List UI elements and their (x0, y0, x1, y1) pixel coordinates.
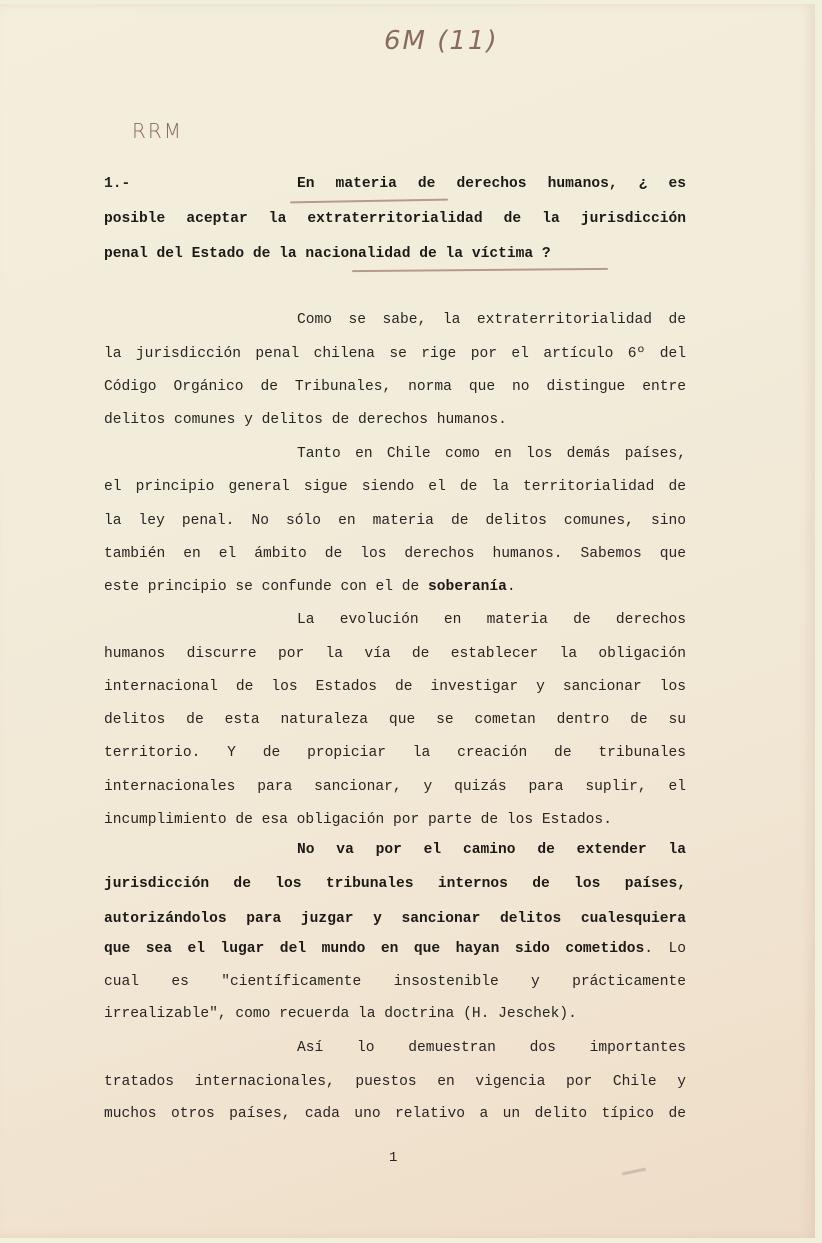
paragraph-2-line-4: también en el ámbito de los derechos hum… (104, 544, 686, 564)
heading-line-3: penal del Estado de la nacionalidad de l… (104, 244, 686, 264)
paragraph-2-line-3: la ley penal. No sólo en materia de deli… (104, 511, 686, 531)
heading-line-2: posible aceptar la extraterritorialidad … (104, 209, 686, 229)
text: . Lo (644, 941, 686, 957)
section-number: 1.- (104, 176, 130, 192)
paragraph-3-line-3: internacional de los Estados de investig… (104, 677, 686, 697)
handwritten-initials: RRM (132, 119, 183, 143)
paragraph-4-line-1: No va por el camino de extender la (297, 840, 686, 860)
page-number: 1 (389, 1150, 397, 1166)
heading-line-1: En materia de derechos humanos, ¿ es (297, 174, 686, 194)
paragraph-1-line-3: Código Orgánico de Tribunales, norma que… (104, 377, 686, 397)
bold-text: que sea el lugar del mundo en que hayan … (104, 941, 644, 957)
paragraph-3-line-6: internacionales para sancionar, y quizás… (104, 777, 686, 797)
paragraph-5-line-2: tratados internacionales, puestos en vig… (104, 1072, 686, 1092)
paragraph-2-line-2: el principio general sigue siendo el de … (104, 477, 686, 497)
paragraph-5-line-1: Así lo demuestran dos importantes (297, 1038, 686, 1058)
handwritten-reference: 6M (11) (384, 26, 499, 56)
paragraph-3-line-5: territorio. Y de propiciar la creación d… (104, 743, 686, 763)
paragraph-2-line-5: este principio se confunde con el de sob… (104, 577, 686, 597)
paragraph-4-line-6: irrealizable", como recuerda la doctrina… (104, 1004, 686, 1024)
ink-smudge (622, 1168, 646, 1176)
paragraph-5-line-3: muchos otros países, cada uno relativo a… (104, 1104, 686, 1124)
paragraph-2-line-1: Tanto en Chile como en los demás países, (297, 444, 686, 464)
paragraph-4-line-3: autorizándolos para juzgar y sancionar d… (104, 909, 686, 929)
paragraph-3-line-1: La evolución en materia de derechos (297, 610, 686, 630)
pencil-underline (290, 199, 448, 204)
paragraph-3-line-2: humanos discurre por la vía de establece… (104, 644, 686, 664)
paragraph-3-line-7: incumplimiento de esa obligación por par… (104, 810, 686, 830)
text: . (507, 579, 516, 595)
pencil-underline (352, 268, 608, 272)
paragraph-4-line-2: jurisdicción de los tribunales internos … (104, 874, 686, 894)
paragraph-4-line-4: que sea el lugar del mundo en que hayan … (104, 939, 686, 959)
document-page: 6M (11) RRM 1.- En materia de derechos h… (0, 4, 815, 1238)
bold-term: soberanía (428, 579, 507, 595)
paragraph-1-line-4: delitos comunes y delitos de derechos hu… (104, 410, 686, 430)
paragraph-1-line-2: la jurisdicción penal chilena se rige po… (104, 344, 686, 364)
paragraph-1-line-1: Como se sabe, la extraterritorialidad de (297, 310, 686, 330)
text: este principio se confunde con el de (104, 579, 428, 595)
paragraph-3-line-4: delitos de esta naturaleza que se cometa… (104, 710, 686, 730)
paragraph-4-line-5: cual es "científicamente insostenible y … (104, 972, 686, 992)
